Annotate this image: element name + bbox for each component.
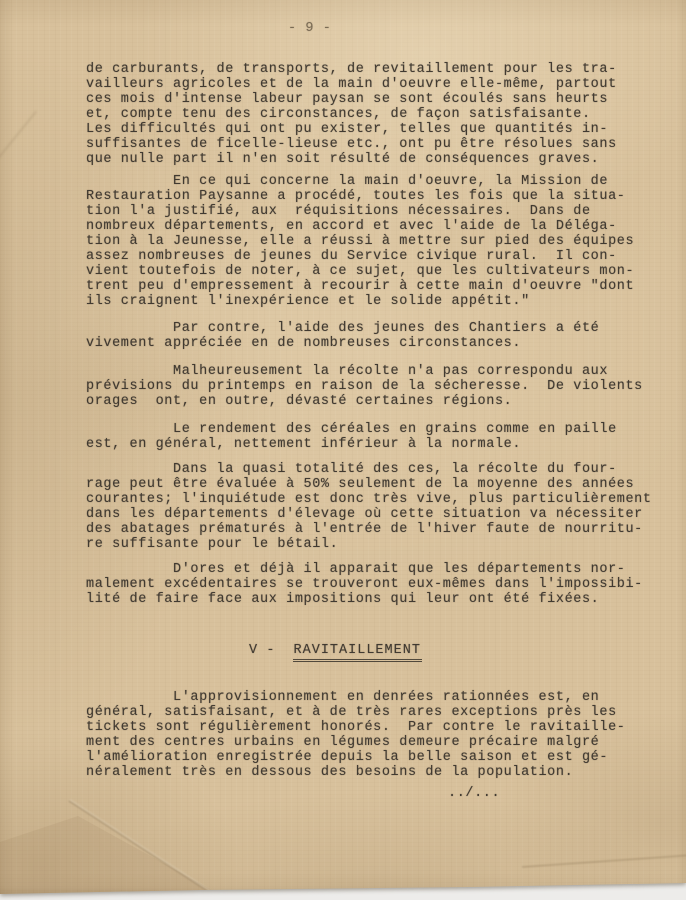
paragraph-recolte: Malheureusement la récolte n'a pas corre…	[86, 364, 643, 409]
paper-crease-bottom-right	[522, 854, 686, 868]
paragraph-chantiers: Par contre, l'aide des jeunes des Chanti…	[86, 321, 599, 351]
paragraph-fuel-transport: de carburants, de transports, de revitai…	[86, 62, 617, 167]
paper-fold-shading	[0, 816, 212, 894]
paragraph-main-doeuvre: En ce qui concerne la main d'oeuvre, la …	[86, 174, 634, 309]
paragraph-fourrage: Dans la quasi totalité des ces, la récol…	[86, 462, 652, 552]
page-number: - 9 -	[288, 21, 332, 36]
continuation-mark: ../...	[448, 786, 500, 801]
paragraph-departements-excedentaires: D'ores et déjà il apparait que les dépar…	[86, 562, 643, 607]
paper-crease-bottom-left	[68, 799, 212, 894]
section-heading-ravitaillement: V - RAVITAILLEMENT	[249, 643, 422, 658]
section-number: V -	[249, 643, 293, 658]
paper-crease-top-left	[0, 111, 37, 160]
paper-sheet: - 9 - de carburants, de transports, de r…	[0, 0, 686, 895]
paragraph-approvisionnement: L'approvisionnement en denrées rationnée…	[86, 690, 625, 780]
paragraph-rendement-cereales: Le rendement des céréales en grains comm…	[86, 422, 617, 452]
paper-sheet-wrapper: - 9 - de carburants, de transports, de r…	[0, 0, 686, 900]
scanned-document-view: - 9 - de carburants, de transports, de r…	[0, 0, 686, 900]
section-title: RAVITAILLEMENT	[293, 643, 422, 662]
